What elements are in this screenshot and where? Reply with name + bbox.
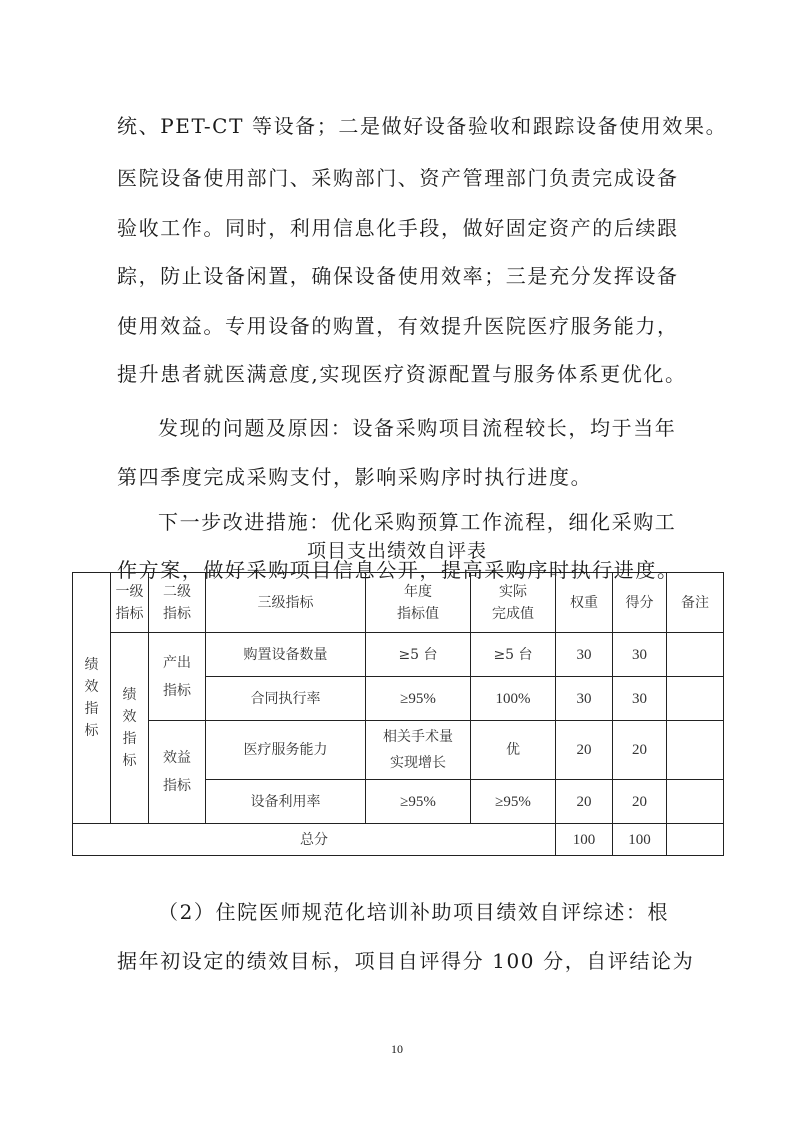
paragraph-line: 踪，防止设备闲置，确保设备使用效率；三是充分发挥设备: [117, 264, 677, 288]
performance-table: 绩 效 指 标 一级 指标 二级 指标 三级指标 年度 指标值 实际 完成值 权…: [72, 572, 724, 856]
remark-cell: [667, 780, 724, 824]
actual-cell: 优: [471, 721, 556, 780]
total-row: 总分 100 100: [73, 824, 724, 856]
level1-cell: 绩 效 指 标: [111, 633, 149, 824]
paragraph-line: 提升患者就医满意度,实现医疗资源配置与服务体系更优化。: [117, 362, 677, 386]
level2-cell: 效益 指标: [149, 721, 206, 824]
actual-cell: 100%: [471, 677, 556, 721]
indicator-cell: 合同执行率: [206, 677, 366, 721]
table-row: 绩 效 指 标 产出 指标 购置设备数量 ≥5 台 ≥5 台 30 30: [73, 633, 724, 677]
header-score: 得分: [613, 573, 667, 633]
target-cell: 相关手术量 实现增长: [366, 721, 471, 780]
header-level3: 三级指标: [206, 573, 366, 633]
weight-cell: 30: [556, 677, 613, 721]
paragraph-line: 使用效益。专用设备的购置，有效提升医院医疗服务能力，: [117, 314, 677, 338]
paragraph-line: （2）住院医师规范化培训补助项目绩效自评综述：根: [158, 900, 718, 924]
total-score: 100: [613, 824, 667, 856]
remark-cell: [667, 633, 724, 677]
header-actual: 实际 完成值: [471, 573, 556, 633]
weight-cell: 20: [556, 721, 613, 780]
header-remark: 备注: [667, 573, 724, 633]
side-label-cell: 绩 效 指 标: [73, 573, 111, 824]
remark-cell: [667, 721, 724, 780]
paragraph-line: 发现的问题及原因：设备采购项目流程较长，均于当年: [158, 416, 718, 440]
total-label: 总分: [73, 824, 556, 856]
actual-cell: ≥5 台: [471, 633, 556, 677]
indicator-cell: 医疗服务能力: [206, 721, 366, 780]
header-weight: 权重: [556, 573, 613, 633]
paragraph-line: 据年初设定的绩效目标，项目自评得分 100 分，自评结论为: [117, 949, 677, 973]
header-level2: 二级 指标: [149, 573, 206, 633]
total-remark: [667, 824, 724, 856]
weight-cell: 30: [556, 633, 613, 677]
target-cell: ≥95%: [366, 780, 471, 824]
header-level1: 一级 指标: [111, 573, 149, 633]
target-cell: ≥5 台: [366, 633, 471, 677]
paragraph-line: 医院设备使用部门、采购部门、资产管理部门负责完成设备: [117, 166, 677, 190]
score-cell: 30: [613, 677, 667, 721]
score-cell: 30: [613, 633, 667, 677]
paragraph-line: 第四季度完成采购支付，影响采购序时执行进度。: [117, 465, 677, 489]
header-row: 绩 效 指 标 一级 指标 二级 指标 三级指标 年度 指标值 实际 完成值 权…: [73, 573, 724, 633]
paragraph-line: 验收工作。同时，利用信息化手段，做好固定资产的后续跟: [117, 216, 677, 240]
table-caption: 项目支出绩效自评表: [0, 536, 794, 563]
header-target: 年度 指标值: [366, 573, 471, 633]
page-number: 10: [0, 1042, 794, 1057]
score-cell: 20: [613, 721, 667, 780]
target-cell: ≥95%: [366, 677, 471, 721]
total-weight: 100: [556, 824, 613, 856]
indicator-cell: 购置设备数量: [206, 633, 366, 677]
remark-cell: [667, 677, 724, 721]
score-cell: 20: [613, 780, 667, 824]
paragraph-line: 下一步改进措施：优化采购预算工作流程，细化采购工: [158, 510, 718, 534]
indicator-cell: 设备利用率: [206, 780, 366, 824]
level2-cell: 产出 指标: [149, 633, 206, 721]
paragraph-line: 统、PET-CT 等设备；二是做好设备验收和跟踪设备使用效果。: [117, 114, 677, 138]
table-row: 效益 指标 医疗服务能力 相关手术量 实现增长 优 20 20: [73, 721, 724, 780]
actual-cell: ≥95%: [471, 780, 556, 824]
weight-cell: 20: [556, 780, 613, 824]
